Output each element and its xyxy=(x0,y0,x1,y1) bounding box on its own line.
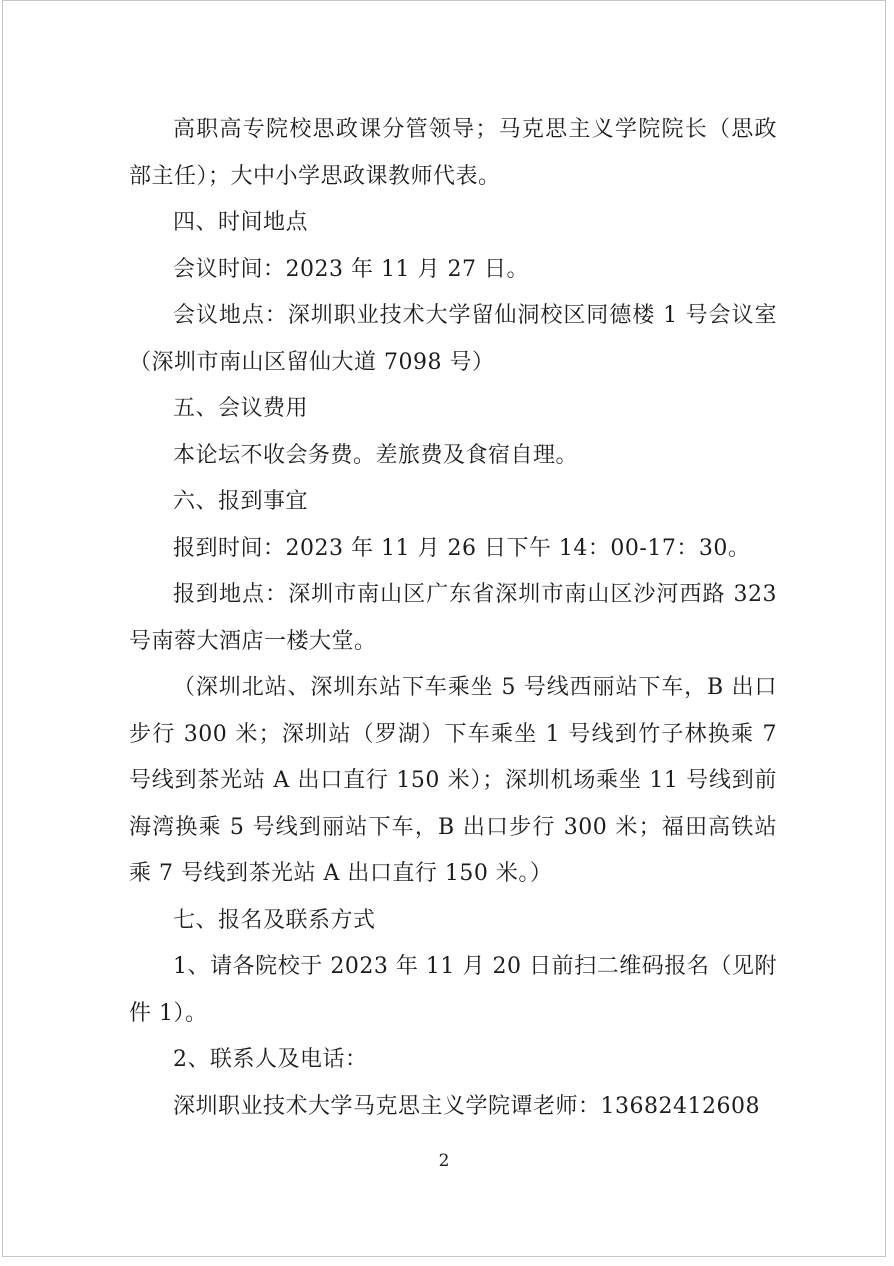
paragraph-body: 会议地点：深圳职业技术大学留仙洞校区同德楼 1 号会议室（深圳市南山区留仙大道 … xyxy=(129,293,777,386)
document-page: 高职高专院校思政课分管领导；马克思主义学院院长（思政部主任）；大中小学思政课教师… xyxy=(2,0,886,1257)
paragraph-heading: 五、会议费用 xyxy=(129,386,777,433)
paragraph-body: 本论坛不收会务费。差旅费及食宿自理。 xyxy=(129,433,777,480)
paragraph-heading: 四、时间地点 xyxy=(129,200,777,247)
document-body: 高职高专院校思政课分管领导；马克思主义学院院长（思政部主任）；大中小学思政课教师… xyxy=(129,107,777,1130)
paragraph-body: （深圳北站、深圳东站下车乘坐 5 号线西丽站下车，B 出口步行 300 米；深圳… xyxy=(129,665,777,898)
document-viewport: 高职高专院校思政课分管领导；马克思主义学院院长（思政部主任）；大中小学思政课教师… xyxy=(0,0,894,1266)
paragraph-body: 报到地点：深圳市南山区广东省深圳市南山区沙河西路 323 号南蓉大酒店一楼大堂。 xyxy=(129,572,777,665)
paragraph-body: 报到时间：2023 年 11 月 26 日下午 14：00-17：30。 xyxy=(129,526,777,573)
paragraph-body: 会议时间：2023 年 11 月 27 日。 xyxy=(129,247,777,294)
paragraph-body: 2、联系人及电话： xyxy=(129,1037,777,1084)
paragraph-body: 高职高专院校思政课分管领导；马克思主义学院院长（思政部主任）；大中小学思政课教师… xyxy=(129,107,777,200)
paragraph-heading: 六、报到事宜 xyxy=(129,479,777,526)
page-number: 2 xyxy=(3,1149,885,1173)
paragraph-body: 1、请各院校于 2023 年 11 月 20 日前扫二维码报名（见附件 1）。 xyxy=(129,944,777,1037)
paragraph-body: 深圳职业技术大学马克思主义学院谭老师：13682412608 xyxy=(129,1084,777,1131)
paragraph-heading: 七、报名及联系方式 xyxy=(129,898,777,945)
